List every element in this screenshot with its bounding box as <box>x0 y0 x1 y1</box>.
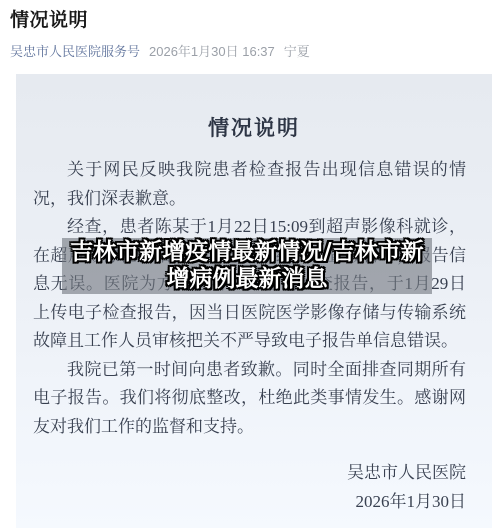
statement-document-image[interactable]: 情况说明 关于网民反映我院患者检查报告出现信息错误的情况，我们深表歉意。 经查，… <box>16 74 492 528</box>
publish-location: 宁夏 <box>284 41 310 60</box>
caption-overlay-band: 吉林市新增疫情最新情况/吉林市新 增病例最新消息 <box>62 238 432 294</box>
signature-date: 2026年1月30日 <box>16 488 466 517</box>
publish-timestamp: 2026年1月30日 16:37 <box>149 41 275 60</box>
account-name-link[interactable]: 吴忠市人民医院服务号 <box>10 41 140 60</box>
document-signature-block: 吴忠市人民医院 2026年1月30日 <box>16 459 492 516</box>
page-title: 情况说明 <box>10 5 490 32</box>
document-body: 关于网民反映我院患者检查报告出现信息错误的情况，我们深表歉意。 经查，患者陈某于… <box>16 156 492 441</box>
document-paragraph: 我院已第一时间向患者致歉。同时全面排查同期所有电子报告。我们将彻底整改，杜绝此类… <box>33 356 466 442</box>
article-meta: 吴忠市人民医院服务号 2026年1月30日 16:37 宁夏 <box>10 41 490 60</box>
caption-overlay-line: 增病例最新消息 <box>167 266 328 293</box>
document-paragraph: 关于网民反映我院患者检查报告出现信息错误的情况，我们深表歉意。 <box>33 156 466 213</box>
caption-overlay-line: 吉林市新增疫情最新情况/吉林市新 <box>70 239 423 266</box>
article-header: 情况说明 吴忠市人民医院服务号 2026年1月30日 16:37 宁夏 <box>10 5 490 60</box>
signature-name: 吴忠市人民医院 <box>16 459 466 488</box>
document-title: 情况说明 <box>16 74 492 142</box>
